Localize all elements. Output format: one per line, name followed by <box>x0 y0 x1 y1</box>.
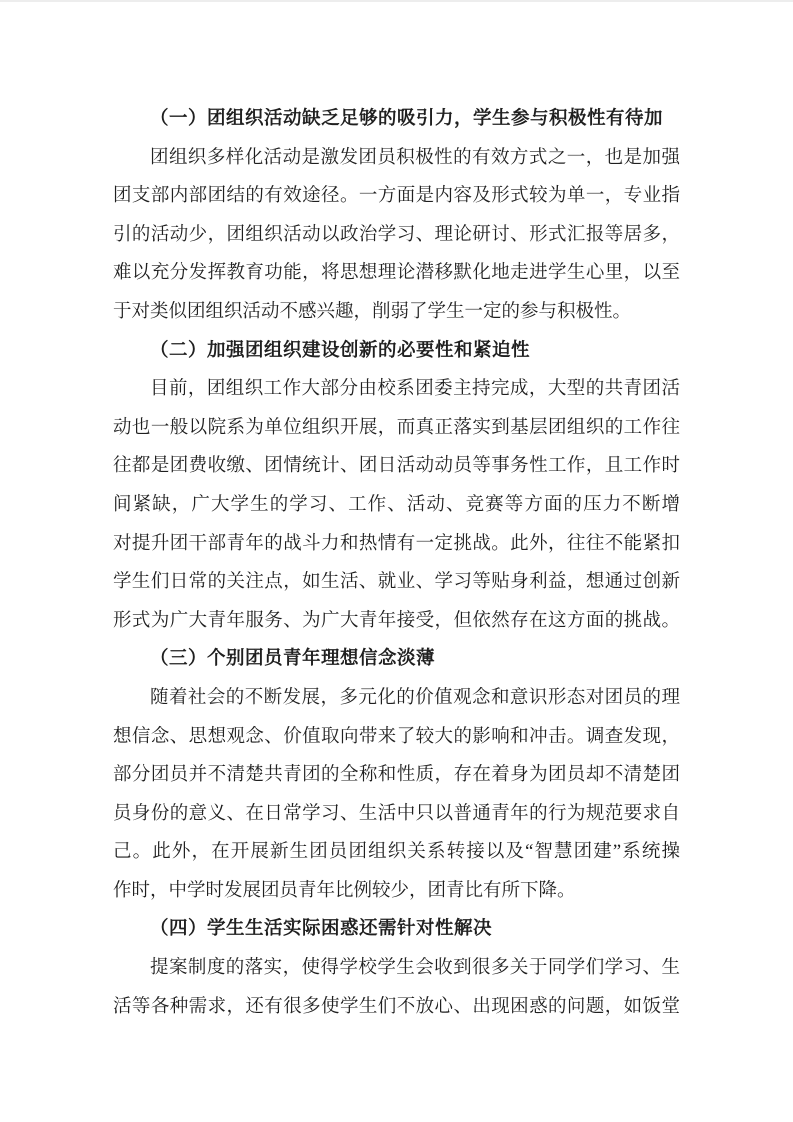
section-heading: （三）个别团员青年理想信念淡薄 <box>113 640 680 679</box>
document-body: （一）团组织活动缺乏足够的吸引力，学生参与积极性有待加强团组织多样化活动是激发团… <box>113 100 680 1026</box>
paragraph-line: 团组织多样化活动是激发团员积极性的有效方式之一，也是加强 <box>113 139 680 178</box>
paragraph-line: 动也一般以院系为单位组织开展，而真正落实到基层团组织的工作往 <box>113 409 680 448</box>
paragraph-line: 形式为广大青年服务、为广大青年接受，但依然存在这方面的挑战。 <box>113 602 680 641</box>
section-heading: （四）学生生活实际困惑还需针对性解决 <box>113 910 680 949</box>
paragraph-line: 员身份的意义、在日常学习、生活中只以普通青年的行为规范要求自 <box>113 795 680 834</box>
paragraph-line: 难以充分发挥教育功能，将思想理论潜移默化地走进学生心里，以至 <box>113 254 680 293</box>
paragraph-line: 部分团员并不清楚共青团的全称和性质，存在着身为团员却不清楚团 <box>113 756 680 795</box>
paragraph-line: 于对类似团组织活动不感兴趣，削弱了学生一定的参与积极性。 <box>113 293 680 332</box>
paragraph-line: 提案制度的落实，使得学校学生会收到很多关于同学们学习、生 <box>113 949 680 988</box>
paragraph-line: 学生们日常的关注点，如生活、就业、学习等贴身利益，想通过创新 <box>113 563 680 602</box>
paragraph: 目前，团组织工作大部分由校系团委主持完成，大型的共青团活动也一般以院系为单位组织… <box>113 370 680 640</box>
paragraph-line: 想信念、思想观念、价值取向带来了较大的影响和冲击。调查发现， <box>113 718 680 757</box>
section: （二）加强团组织建设创新的必要性和紧迫性目前，团组织工作大部分由校系团委主持完成… <box>113 332 680 641</box>
section-heading: （二）加强团组织建设创新的必要性和紧迫性 <box>113 332 680 371</box>
paragraph-line: 引的活动少，团组织活动以政治学习、理论研讨、形式汇报等居多， <box>113 216 680 255</box>
section: （一）团组织活动缺乏足够的吸引力，学生参与积极性有待加强团组织多样化活动是激发团… <box>113 100 680 332</box>
paragraph-line: 目前，团组织工作大部分由校系团委主持完成，大型的共青团活 <box>113 370 680 409</box>
section-heading: （一）团组织活动缺乏足够的吸引力，学生参与积极性有待加强 <box>113 100 680 139</box>
paragraph-line: 对提升团干部青年的战斗力和热情有一定挑战。此外，往往不能紧扣 <box>113 525 680 564</box>
section: （四）学生生活实际困惑还需针对性解决提案制度的落实，使得学校学生会收到很多关于同… <box>113 910 680 1026</box>
paragraph: 团组织多样化活动是激发团员积极性的有效方式之一，也是加强团支部内部团结的有效途径… <box>113 139 680 332</box>
section: （三）个别团员青年理想信念淡薄随着社会的不断发展，多元化的价值观念和意识形态对团… <box>113 640 680 910</box>
paragraph: 随着社会的不断发展，多元化的价值观念和意识形态对团员的理想信念、思想观念、价值取… <box>113 679 680 911</box>
paragraph-line: 间紧缺，广大学生的学习、工作、活动、竞赛等方面的压力不断增大， <box>113 486 680 525</box>
document-page: （一）团组织活动缺乏足够的吸引力，学生参与积极性有待加强团组织多样化活动是激发团… <box>0 0 793 1122</box>
paragraph-line: 团支部内部团结的有效途径。一方面是内容及形式较为单一，专业指 <box>113 177 680 216</box>
paragraph: 提案制度的落实，使得学校学生会收到很多关于同学们学习、生活等各种需求，还有很多使… <box>113 949 680 1026</box>
paragraph-line: 活等各种需求，还有很多使学生们不放心、出现困惑的问题，如饭堂 <box>113 988 680 1027</box>
paragraph-line: 己。此外，在开展新生团员团组织关系转接以及“智慧团建”系统操 <box>113 833 680 872</box>
paragraph-line: 作时，中学时发展团员青年比例较少，团青比有所下降。 <box>113 872 680 911</box>
paragraph-line: 随着社会的不断发展，多元化的价值观念和意识形态对团员的理 <box>113 679 680 718</box>
paragraph-line: 往都是团费收缴、团情统计、团日活动动员等事务性工作，且工作时 <box>113 447 680 486</box>
